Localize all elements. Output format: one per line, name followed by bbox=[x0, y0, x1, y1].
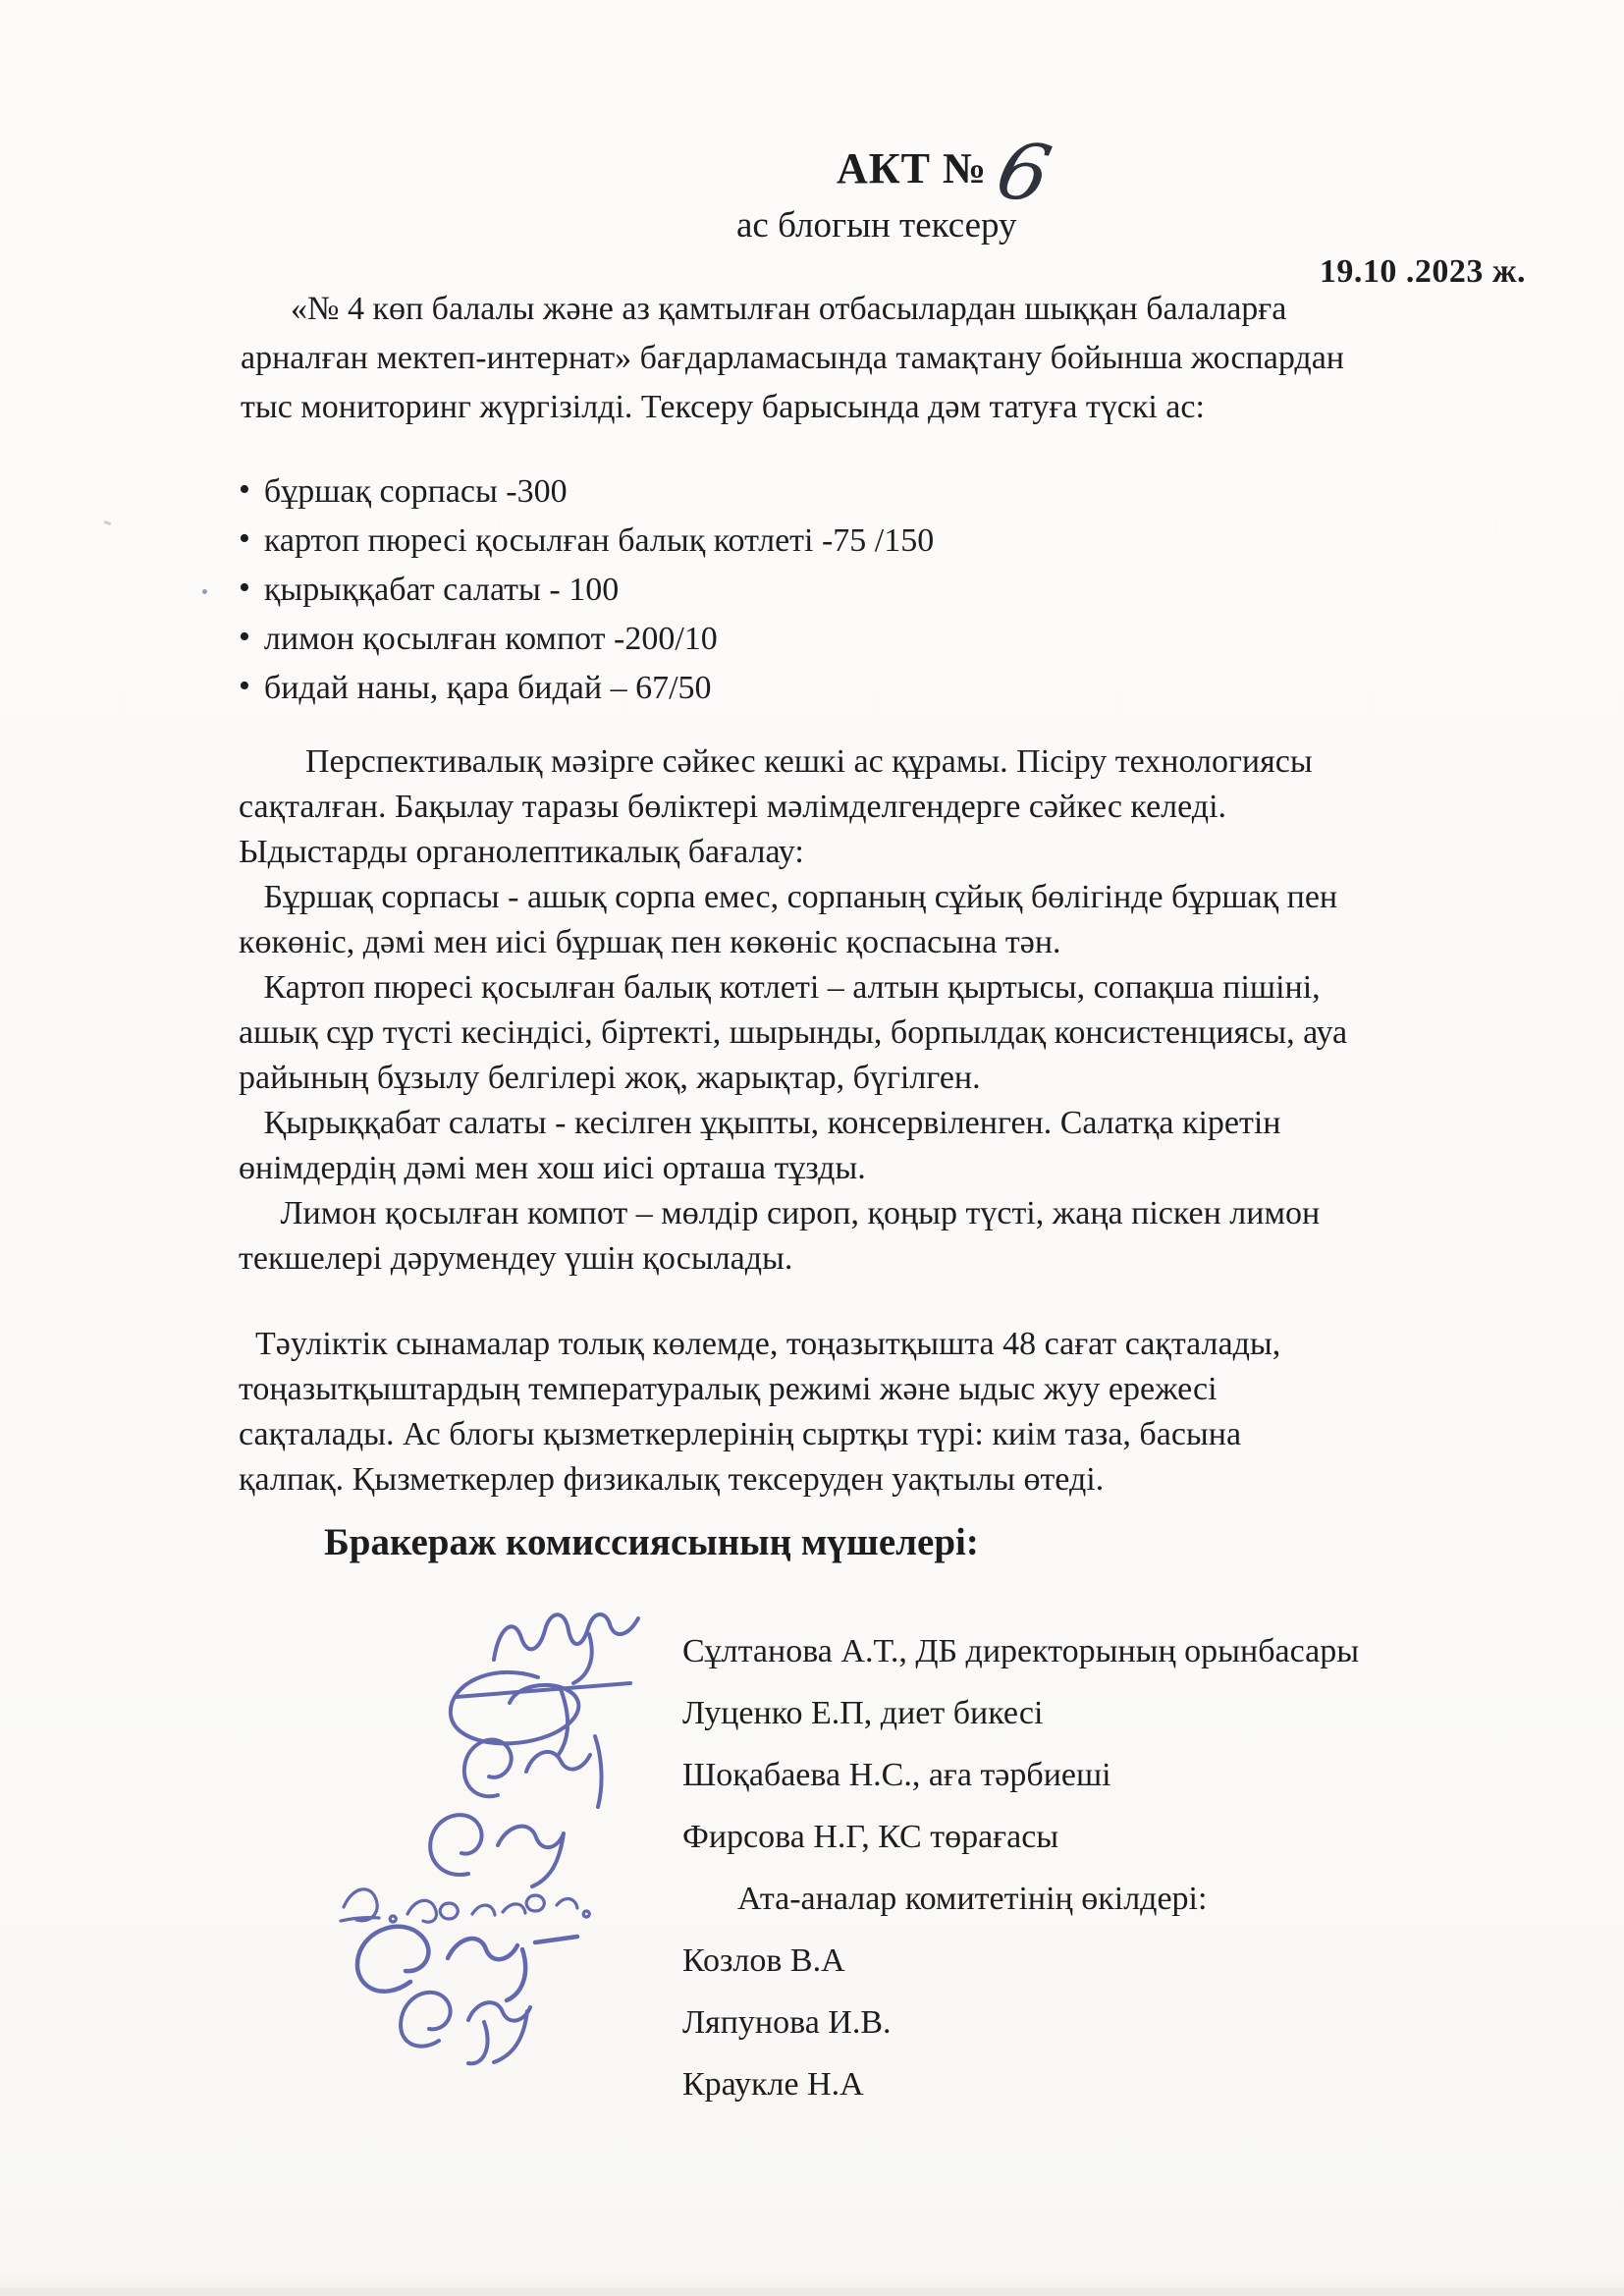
body-line: ашық сұр түсті кесіндісі, біртекті, шыры… bbox=[239, 1011, 1347, 1056]
menu-item: қырыққабат салаты - 100 bbox=[239, 566, 934, 615]
signature-stroke-6 bbox=[357, 1927, 577, 2000]
menu-item: лимон қосылған компот -200/10 bbox=[239, 615, 934, 664]
body-line: сақталған. Бақылау таразы бөліктері мәлі… bbox=[239, 785, 1347, 830]
signature-stroke-5 bbox=[341, 1889, 589, 1922]
act-title: АКТ № bbox=[837, 145, 987, 192]
scan-bottom-edge bbox=[0, 2288, 1624, 2296]
act-date: 19.10 .2023 ж. bbox=[1320, 253, 1526, 291]
intro-line: тыс мониторинг жүргізілді. Тексеру барыс… bbox=[241, 383, 1344, 432]
commission-members-block: Сұлтанова А.Т., ДБ директорының орынбаса… bbox=[682, 1620, 1359, 2115]
parents-list: Козлов В.АЛяпунова И.В.Краукле Н.А bbox=[682, 1930, 1359, 2115]
body-line: Қырыққабат салаты - кесілген ұқыпты, кон… bbox=[239, 1101, 1347, 1146]
signature-stroke-4 bbox=[430, 1815, 564, 1886]
commission-members-list: Сұлтанова А.Т., ДБ директорының орынбаса… bbox=[682, 1620, 1359, 1868]
menu-list: бұршақ сорпасы -300картоп пюресі қосылға… bbox=[239, 467, 934, 713]
signatures-block bbox=[245, 1561, 687, 2131]
member-line: Луценко Е.П, диет бикесі bbox=[682, 1682, 1359, 1744]
parent-line: Ляпунова И.В. bbox=[682, 1992, 1359, 2053]
intro-line: «№ 4 көп балалы және аз қамтылған отбасы… bbox=[241, 285, 1344, 334]
body-line: тоңазытқыштардың температуралық режимі ж… bbox=[239, 1367, 1280, 1412]
body-line: өнімдердің дәмі мен хош иісі орташа тұзд… bbox=[239, 1146, 1347, 1191]
body-line: Бұршақ сорпасы - ашық сорпа емес, сорпан… bbox=[239, 875, 1347, 920]
document-page: АКТ № 6 ас блогын тексеру 19.10 .2023 ж.… bbox=[0, 0, 1624, 2296]
scan-speck bbox=[104, 520, 112, 525]
member-line: Сұлтанова А.Т., ДБ директорының орынбаса… bbox=[682, 1620, 1359, 1682]
body-line: Тәуліктік сынамалар толық көлемде, тоңаз… bbox=[239, 1322, 1280, 1367]
body-line: Ыдыстарды органолептикалық бағалау: bbox=[239, 830, 1347, 875]
body-line: сақталады. Ас блогы қызметкерлерінің сыр… bbox=[239, 1412, 1280, 1457]
parent-line: Краукле Н.А bbox=[682, 2053, 1359, 2115]
body-line: көкөніс, дәмі мен иісі бұршақ пен көкөні… bbox=[239, 920, 1347, 965]
signature-stroke-7 bbox=[401, 1993, 530, 2064]
parent-line: Козлов В.А bbox=[682, 1930, 1359, 1992]
act-subtitle: ас блогын тексеру bbox=[736, 204, 1017, 246]
assessment-paragraph: Перспективалық мәзірге сәйкес кешкі ас қ… bbox=[239, 739, 1347, 1282]
menu-item: бұршақ сорпасы -300 bbox=[239, 467, 934, 517]
ink-speck bbox=[202, 589, 207, 594]
intro-paragraph: «№ 4 көп балалы және аз қамтылған отбасы… bbox=[241, 285, 1344, 432]
member-line: Шоқабаева Н.С., аға тәрбиеші bbox=[682, 1744, 1359, 1806]
menu-item: бидай наны, қара бидай – 67/50 bbox=[239, 664, 934, 713]
signature-stroke-3 bbox=[464, 1736, 602, 1807]
body-line: Лимон қосылған компот – мөлдір сироп, қо… bbox=[239, 1191, 1347, 1236]
body-line: райының бұзылу белгілері жоқ, жарықтар, … bbox=[239, 1056, 1347, 1101]
body-line: текшелері дәрумендеу үшін қосылады. bbox=[239, 1236, 1347, 1282]
parents-heading: Ата-аналар комитетінің өкілдері: bbox=[737, 1868, 1359, 1930]
body-line: Картоп пюресі қосылған балық котлеті – а… bbox=[239, 965, 1347, 1011]
commission-heading: Бракераж комиссиясының мүшелері: bbox=[324, 1520, 979, 1564]
menu-item: картоп пюресі қосылған балық котлеті -75… bbox=[239, 517, 934, 566]
sanitary-paragraph: Тәуліктік сынамалар толық көлемде, тоңаз… bbox=[239, 1322, 1280, 1503]
act-number-handwritten: 6 bbox=[991, 136, 1056, 211]
member-line: Фирсова Н.Г, КС төрағасы bbox=[682, 1806, 1359, 1868]
body-line: Перспективалық мәзірге сәйкес кешкі ас қ… bbox=[239, 739, 1347, 785]
intro-line: арналған мектеп-интернат» бағдарламасынд… bbox=[241, 334, 1344, 383]
body-line: қалпақ. Қызметкерлер физикалық тексеруде… bbox=[239, 1457, 1280, 1503]
